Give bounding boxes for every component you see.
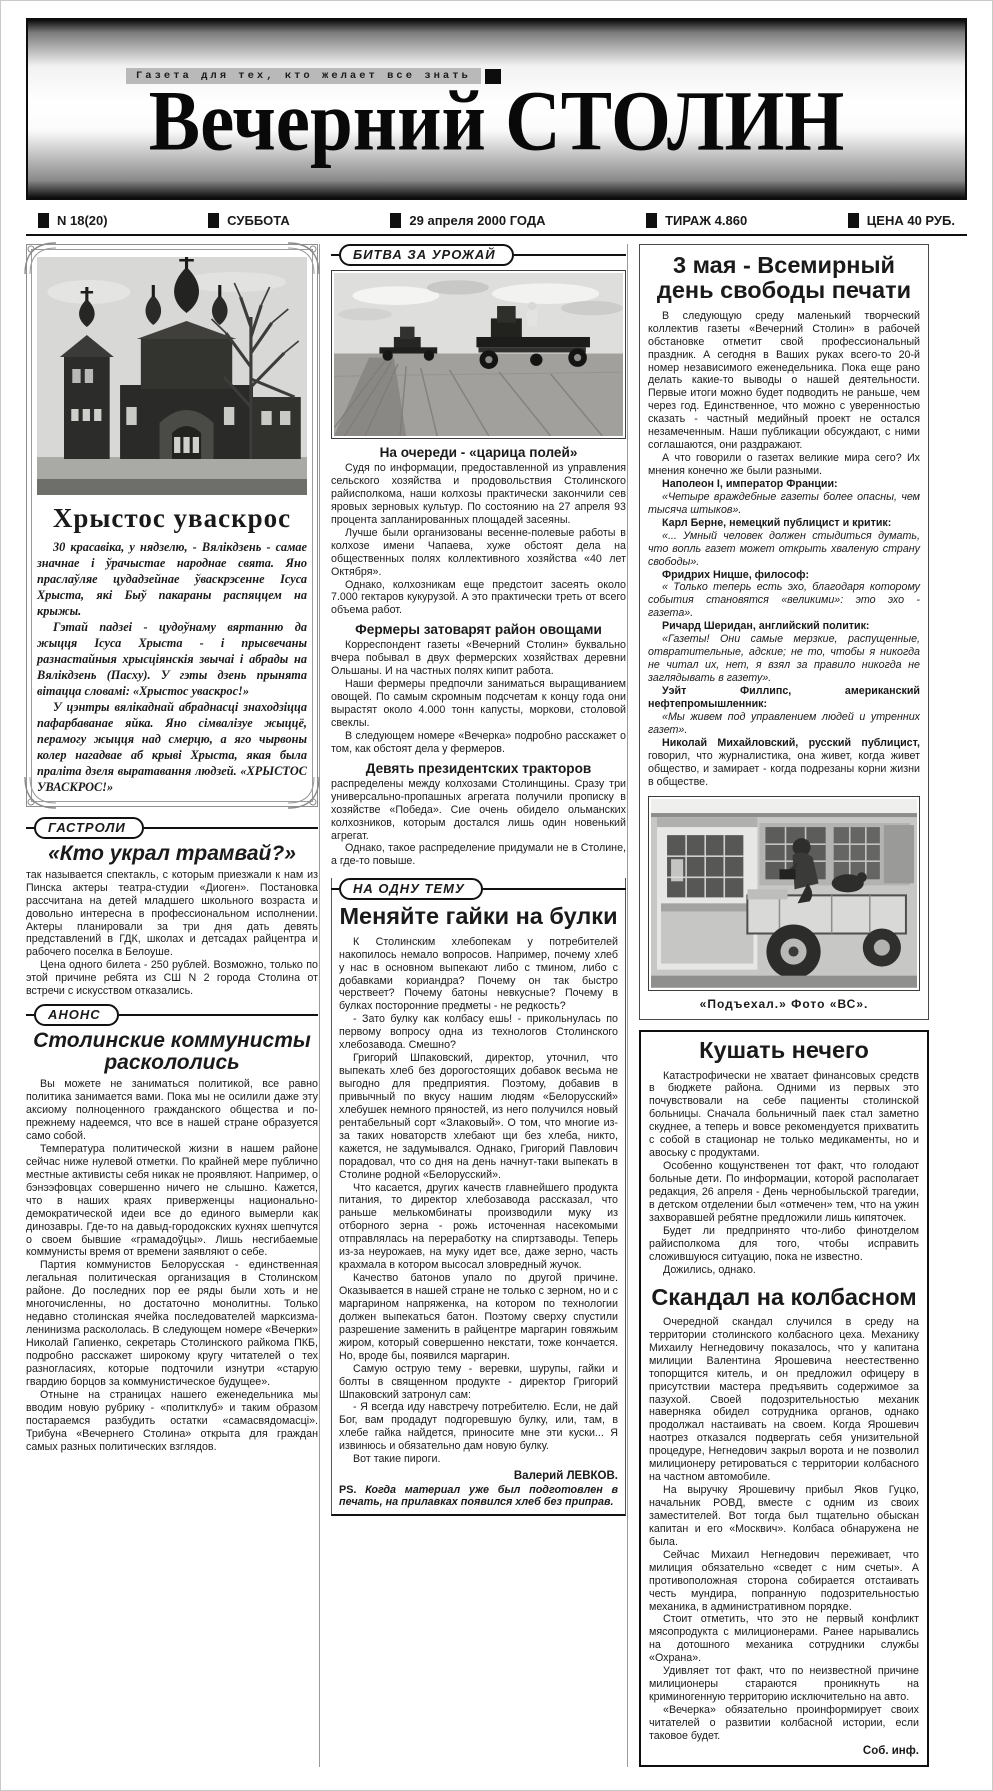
issue-price: ЦЕНА 40 РУБ. — [848, 213, 955, 228]
skandal-headline: Скандал на колбасном — [649, 1285, 919, 1310]
kiosk-photo-frame — [648, 796, 920, 991]
issue-circulation: ТИРАЖ 4.860 — [646, 213, 747, 228]
article-paragraph: Температура политической жизни в нашем р… — [26, 1143, 318, 1259]
article-paragraph: Будет ли предпринято что-либо финотделом… — [649, 1225, 919, 1264]
anons-headline: Столинские коммунисты раскололись — [26, 1030, 318, 1074]
press-day-body: В следующую среду маленький творческий к… — [648, 310, 920, 789]
quote-text: «Газеты! Они самые мерзкие, распущенные,… — [648, 633, 920, 685]
quote-text: « Только теперь есть эхо, благодаря кото… — [648, 581, 920, 620]
section-label: НА ОДНУ ТЕМУ — [339, 878, 483, 900]
church-photo — [37, 257, 307, 495]
skandal-body: Очередной скандал случился в среду на те… — [649, 1316, 919, 1743]
traktory-heading: Девять президентских тракторов — [331, 761, 626, 776]
article-paragraph: В следующую среду маленький творческий к… — [648, 310, 920, 452]
section-header-anons: АНОНС — [26, 1004, 318, 1026]
gastroli-headline: «Кто украл трамвай?» — [26, 843, 318, 865]
traktory-body: распределены между колхозами Столинщины.… — [331, 778, 626, 869]
article-paragraph: Однако, колхозникам еще предстоит засеят… — [331, 579, 626, 618]
easter-article-title: Хрыстос уваскрос — [37, 503, 307, 534]
issue-weekday: СУББОТА — [208, 213, 290, 228]
article-paragraph: Качество батонов упало по другой причине… — [339, 1272, 618, 1363]
article-paragraph: Катастрофически не хватает финансовых ср… — [649, 1070, 919, 1161]
article-paragraph: Что касается, других качеств главнейшего… — [339, 1182, 618, 1273]
section-header-na-odnu-temu: НА ОДНУ ТЕМУ — [331, 878, 626, 900]
masthead: Газета для тех, кто желает все знать Веч… — [26, 18, 967, 200]
issue-weekday-label: СУББОТА — [227, 213, 290, 228]
quote-text: «Мы живем под управлением людей и утренн… — [648, 711, 920, 737]
article-paragraph: так называется спектакль, с которым прие… — [26, 869, 318, 960]
ornament-corner-icon — [287, 241, 321, 275]
easter-article: Хрыстос уваскрос 30 красавіка, у нядзелю… — [26, 244, 318, 807]
quote-speaker: Фридрих Ницше, философ: — [648, 569, 920, 582]
article-paragraph: В следующем номере «Вечерка» подробно ра… — [331, 730, 626, 756]
bulki-postscript: PS. Когда материал уже был подготовлен в… — [339, 1484, 618, 1508]
issue-number-label: N 18(20) — [57, 213, 108, 228]
quote-text: «Четыре враждебные газеты более опасны, … — [648, 491, 920, 517]
article-paragraph: Однако, такое распределение придумали не… — [331, 842, 626, 868]
quote-speaker: Наполеон I, император Франции: — [648, 478, 920, 491]
kushat-body: Катастрофически не хватает финансовых ср… — [649, 1070, 919, 1277]
article-paragraph: Григорий Шпаковский, директор, уточнил, … — [339, 1052, 618, 1181]
easter-article-body: 30 красавіка, у нядзелю, - Вялікдзень - … — [37, 540, 307, 796]
article-paragraph: «Вечерка» обязательно проинформирует сво… — [649, 1704, 919, 1743]
article-paragraph: Дожились, однако. — [649, 1264, 919, 1277]
newspaper-page: Газета для тех, кто желает все знать Веч… — [0, 0, 993, 1791]
ornament-corner-icon — [287, 776, 321, 810]
article-paragraph: Корреспондент газеты «Вечерний Столин» б… — [331, 639, 626, 678]
kiosk-photo-caption: «Подъехал.» Фото «ВС». — [648, 997, 920, 1011]
article-paragraph: Судя по информации, предоставленной из у… — [331, 462, 626, 527]
section-label: ГАСТРОЛИ — [34, 817, 144, 839]
ornament-corner-icon — [23, 241, 57, 275]
issue-infobar: N 18(20) СУББОТА 29 апреля 2000 ГОДА ТИР… — [26, 206, 967, 236]
rule-stub — [26, 827, 34, 829]
article-paragraph: На выручку Ярошевичу прибыл Яков Гуцко, … — [649, 1484, 919, 1549]
newspaper-title: Вечерний СТОЛИН — [28, 78, 965, 164]
article-paragraph: К Столинским хлебопекам у потребителей н… — [339, 936, 618, 1014]
square-bullet-icon — [208, 213, 219, 228]
section-header-gastroli: ГАСТРОЛИ — [26, 817, 318, 839]
ps-label: PS. — [339, 1484, 356, 1496]
article-paragraph: Самую острую тему - веревки, шурупы, гай… — [339, 1363, 618, 1402]
rule-stub — [331, 888, 339, 890]
page-columns: Хрыстос уваскрос 30 красавіка, у нядзелю… — [26, 244, 967, 1767]
right-bottom-articles: Кушать нечего Катастрофически не хватает… — [639, 1030, 929, 1767]
rule-line — [144, 827, 318, 829]
fermery-heading: Фермеры затоварят район овощами — [331, 622, 626, 637]
fermery-body: Корреспондент газеты «Вечерний Столин» б… — [331, 639, 626, 755]
rule-stub — [26, 1014, 34, 1016]
article-paragraph: Лучше были организованы весенне-полевые … — [331, 527, 626, 579]
square-bullet-icon — [848, 213, 859, 228]
quote-speaker: Ричард Шеридан, английский политик: — [648, 620, 920, 633]
issue-date-label: 29 апреля 2000 ГОДА — [409, 213, 545, 228]
article-paragraph: Стоит отметить, что это не первый конфли… — [649, 1613, 919, 1665]
ornament-corner-icon — [23, 776, 57, 810]
article-paragraph: - Зато булку как колбасу ешь! - прикольн… — [339, 1013, 618, 1052]
issue-price-label: ЦЕНА 40 РУБ. — [867, 213, 955, 228]
rule-line — [514, 254, 626, 256]
kiosk-photo — [651, 799, 917, 988]
article-paragraph: Сейчас Михаил Негнедович переживает, что… — [649, 1549, 919, 1614]
rule-line — [119, 1014, 318, 1016]
sowing-photo-frame — [331, 270, 626, 439]
quote-speaker: Карл Берне, немецкий публицист и критик: — [648, 517, 920, 530]
section-label: БИТВА ЗА УРОЖАЙ — [339, 244, 514, 266]
bulki-headline: Меняйте гайки на булки — [339, 904, 618, 929]
press-day-headline: 3 мая - Всемирный день свободы печати — [648, 253, 920, 304]
article-paragraph: А что говорили о газетах великие мира се… — [648, 452, 920, 478]
article-paragraph: Партия коммунистов Белорусская - единств… — [26, 1259, 318, 1388]
quote-text: «... Умный человек должен стыдиться дума… — [648, 530, 920, 569]
column-middle: БИТВА ЗА УРОЖАЙ — [319, 244, 626, 1767]
article-paragraph: - Я всегда иду навстречу потребителю. Ес… — [339, 1401, 618, 1453]
quote-inline: Николай Михайловский, русский публицист,… — [648, 737, 920, 789]
square-bullet-icon — [38, 213, 49, 228]
article-paragraph: Гэтай падзеі - цудоўнаму вяртанню да жыц… — [37, 620, 307, 700]
skandal-signoff: Соб. инф. — [649, 1745, 919, 1757]
quote-speaker: Уэйт Филлипс, американский нефтепромышле… — [648, 685, 920, 711]
article-paragraph: 30 красавіка, у нядзелю, - Вялікдзень - … — [37, 540, 307, 620]
kushat-headline: Кушать нечего — [649, 1038, 919, 1063]
article-paragraph: Отныне на страницах нашего еженедельника… — [26, 1389, 318, 1454]
quote-speaker: Николай Михайловский, русский публицист, — [662, 737, 920, 749]
article-paragraph: Вы можете не заниматься политикой, все р… — [26, 1078, 318, 1143]
article-paragraph: распределены между колхозами Столинщины.… — [331, 778, 626, 843]
article-paragraph: Удивляет тот факт, что по неизвестной пр… — [649, 1665, 919, 1704]
section-label: АНОНС — [34, 1004, 119, 1026]
ps-text: Когда материал уже был подготовлен в печ… — [339, 1484, 618, 1508]
quote-text: говорил, что журналистика, она живет, ко… — [648, 750, 920, 788]
issue-number: N 18(20) — [38, 213, 108, 228]
article-paragraph: У цэнтры вялікаднай абраднасці знаходзіц… — [37, 700, 307, 796]
issue-circulation-label: ТИРАЖ 4.860 — [665, 213, 747, 228]
section-header-harvest: БИТВА ЗА УРОЖАЙ — [331, 244, 626, 266]
article-paragraph: Очередной скандал случился в среду на те… — [649, 1316, 919, 1484]
rule-line — [483, 888, 626, 890]
column-left: Хрыстос уваскрос 30 красавіка, у нядзелю… — [26, 244, 318, 1767]
square-bullet-icon — [390, 213, 401, 228]
square-bullet-icon — [646, 213, 657, 228]
article-paragraph: Особенно кощунственен тот факт, что голо… — [649, 1160, 919, 1225]
article-paragraph: Цена одного билета - 250 рублей. Возможн… — [26, 959, 318, 998]
bulki-author: Валерий ЛЕВКОВ. — [339, 1470, 618, 1482]
column-right: 3 мая - Всемирный день свободы печати В … — [627, 244, 929, 1767]
press-day-article: 3 мая - Всемирный день свободы печати В … — [639, 244, 929, 1020]
article-paragraph: Вот такие пироги. — [339, 1453, 618, 1466]
sowing-photo — [334, 273, 623, 436]
article-paragraph: Наши фермеры предпочли заниматься выращи… — [331, 678, 626, 730]
bulki-article: НА ОДНУ ТЕМУ Меняйте гайки на булки К Ст… — [331, 878, 626, 1516]
tsaritsa-body: Судя по информации, предоставленной из у… — [331, 462, 626, 617]
anons-article-body: Вы можете не заниматься политикой, все р… — [26, 1078, 318, 1453]
bulki-body: К Столинским хлебопекам у потребителей н… — [339, 936, 618, 1466]
tsaritsa-heading: На очереди - «царица полей» — [331, 445, 626, 460]
gastroli-article-body: так называется спектакль, с которым прие… — [26, 869, 318, 998]
rule-stub — [331, 254, 339, 256]
issue-date: 29 апреля 2000 ГОДА — [390, 213, 545, 228]
